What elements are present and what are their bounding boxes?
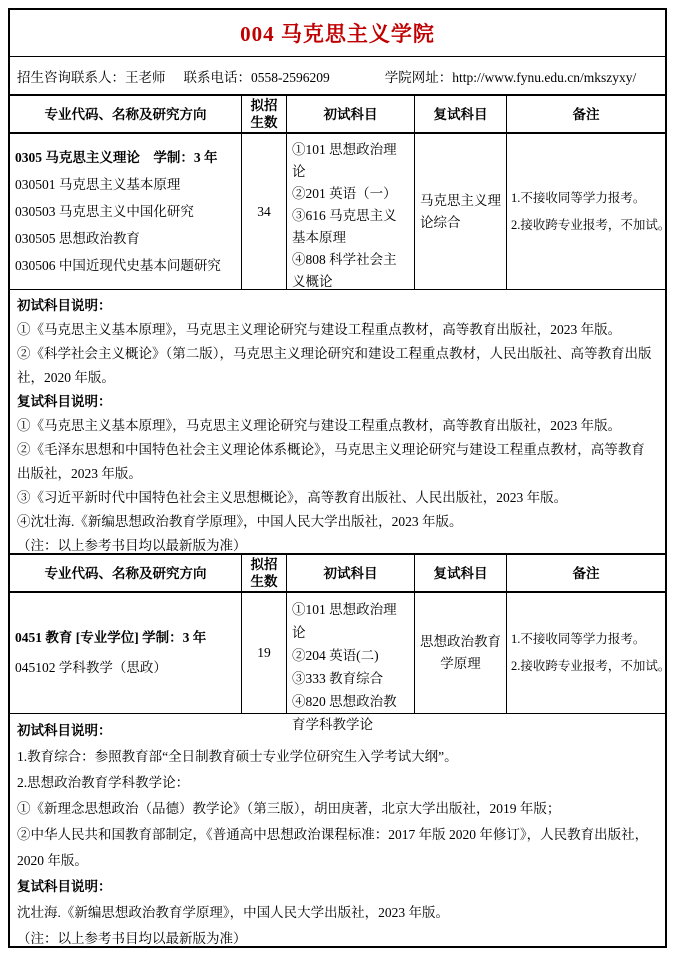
program-cell: 0305 马克思主义理论 学制：3 年 030501 马克思主义基本原理 030… bbox=[10, 134, 242, 289]
initial-subject-item: ③616 马克思主义基本原理 bbox=[292, 205, 409, 249]
note-item: ①《马克思主义基本原理》，马克思主义理论研究与建设工程重点教材，高等教育出版社，… bbox=[17, 318, 658, 342]
note-item: 2.思想政治教育学科教学论： bbox=[17, 770, 658, 796]
retest-subject: 马克思主义理论综合 bbox=[420, 190, 501, 234]
initial-subject-item: ①101 思想政治理论 bbox=[292, 139, 409, 183]
notes-footer: （注：以上参考书目均以最新版为准） bbox=[17, 926, 658, 952]
contact-row: 招生咨询联系人：王老师 联系电话：0558-2596209 学院网址：http:… bbox=[10, 56, 665, 94]
table1-header-retest: 复试科目 bbox=[415, 96, 507, 132]
initial-subjects-cell: ①101 思想政治理论 ②204 英语(二) ③333 教育综合 ④820 思想… bbox=[287, 593, 415, 713]
initial-subject-item: ④820 思想政治教育学科教学论 bbox=[292, 690, 409, 736]
college-title-box: 004 马克思主义学院 bbox=[10, 10, 665, 56]
table1-notes: 初试科目说明： ①《马克思主义基本原理》，马克思主义理论研究与建设工程重点教材，… bbox=[10, 289, 665, 553]
table1-row: 0305 马克思主义理论 学制：3 年 030501 马克思主义基本原理 030… bbox=[10, 134, 665, 289]
direction-item: 045102 学科教学（思政） bbox=[15, 653, 236, 683]
table2-header-quota: 拟招生数 bbox=[242, 555, 287, 591]
table2-header-program: 专业代码、名称及研究方向 bbox=[10, 555, 242, 591]
note-item: 沈壮海.《新编思想政治教育学原理》，中国人民大学出版社，2023 年版。 bbox=[17, 900, 658, 926]
table1-header-row: 专业代码、名称及研究方向 拟招生数 初试科目 复试科目 备注 bbox=[10, 94, 665, 134]
note-item: ①《新理念思想政治（品德）教学论》（第三版），胡田庚著，北京大学出版社，2019… bbox=[17, 796, 658, 822]
note-item: ②《毛泽东思想和中国特色社会主义理论体系概论》，马克思主义理论研究与建设工程重点… bbox=[17, 438, 658, 486]
table2-header-remark: 备注 bbox=[507, 555, 665, 591]
note-item: 1.教育综合：参照教育部“全日制教育硕士专业学位研究生入学考试大纲”。 bbox=[17, 744, 658, 770]
program-title: 0305 马克思主义理论 学制：3 年 bbox=[15, 144, 236, 171]
initial-subject-item: ①101 思想政治理论 bbox=[292, 598, 409, 644]
contact-phone: 联系电话：0558-2596209 bbox=[184, 66, 330, 86]
table2-header-retest: 复试科目 bbox=[415, 555, 507, 591]
initial-notes-label: 初试科目说明： bbox=[17, 294, 658, 318]
initial-subject-item: ④808 科学社会主义概论 bbox=[292, 249, 409, 293]
remark-item: 1.不接收同等学力报考。 bbox=[511, 626, 661, 653]
note-item: ②《科学社会主义概论》（第二版），马克思主义理论研究和建设工程重点教材，人民出版… bbox=[17, 342, 658, 390]
page-title: 004 马克思主义学院 bbox=[240, 18, 435, 48]
remark-item: 2.接收跨专业报考，不加试。 bbox=[511, 212, 661, 239]
table1-header-initial: 初试科目 bbox=[287, 96, 415, 132]
table2-notes: 初试科目说明： 1.教育综合：参照教育部“全日制教育硕士专业学位研究生入学考试大… bbox=[10, 713, 665, 946]
direction-item: 030503 马克思主义中国化研究 bbox=[15, 198, 236, 225]
retest-subject-cell: 马克思主义理论综合 bbox=[415, 134, 507, 289]
table1-header-program: 专业代码、名称及研究方向 bbox=[10, 96, 242, 132]
contact-consultant: 招生咨询联系人：王老师 bbox=[17, 66, 166, 86]
admissions-sheet: 004 马克思主义学院 招生咨询联系人：王老师 联系电话：0558-259620… bbox=[8, 8, 667, 948]
remarks-cell: 1.不接收同等学力报考。 2.接收跨专业报考，不加试。 bbox=[507, 593, 665, 713]
table1-header-remark: 备注 bbox=[507, 96, 665, 132]
contact-website: 学院网址：http://www.fynu.edu.cn/mkszyxy/ bbox=[385, 66, 636, 86]
retest-notes-label: 复试科目说明： bbox=[17, 390, 658, 414]
remark-item: 2.接收跨专业报考，不加试。 bbox=[511, 653, 661, 680]
note-item: ④沈壮海.《新编思想政治教育学原理》，中国人民大学出版社，2023 年版。 bbox=[17, 510, 658, 534]
retest-notes-label: 复试科目说明： bbox=[17, 874, 658, 900]
remark-item: 1.不接收同等学力报考。 bbox=[511, 185, 661, 212]
direction-item: 030505 思想政治教育 bbox=[15, 225, 236, 252]
quota-value: 34 bbox=[242, 134, 287, 289]
table2-header-initial: 初试科目 bbox=[287, 555, 415, 591]
initial-subjects-cell: ①101 思想政治理论 ②201 英语（一） ③616 马克思主义基本原理 ④8… bbox=[287, 134, 415, 289]
program-cell: 0451 教育 [专业学位] 学制：3 年 045102 学科教学（思政） bbox=[10, 593, 242, 713]
quota-value: 19 bbox=[242, 593, 287, 713]
program-title: 0451 教育 [专业学位] 学制：3 年 bbox=[15, 623, 236, 653]
table2-header-row: 专业代码、名称及研究方向 拟招生数 初试科目 复试科目 备注 bbox=[10, 553, 665, 593]
retest-subject-cell: 思想政治教育学原理 bbox=[415, 593, 507, 713]
initial-subject-item: ②201 英语（一） bbox=[292, 183, 409, 205]
initial-subject-item: ③333 教育综合 bbox=[292, 667, 409, 690]
note-item: ②中华人民共和国教育部制定，《普通高中思想政治课程标准：2017 年版 2020… bbox=[17, 822, 658, 874]
initial-subject-item: ②204 英语(二) bbox=[292, 644, 409, 667]
note-item: ③《习近平新时代中国特色社会主义思想概论》，高等教育出版社、人民出版社，2023… bbox=[17, 486, 658, 510]
table1-header-quota: 拟招生数 bbox=[242, 96, 287, 132]
note-item: ①《马克思主义基本原理》，马克思主义理论研究与建设工程重点教材，高等教育出版社，… bbox=[17, 414, 658, 438]
direction-item: 030501 马克思主义基本原理 bbox=[15, 171, 236, 198]
retest-subject: 思想政治教育学原理 bbox=[420, 631, 501, 675]
direction-item: 030506 中国近现代史基本问题研究 bbox=[15, 252, 236, 279]
remarks-cell: 1.不接收同等学力报考。 2.接收跨专业报考，不加试。 bbox=[507, 134, 665, 289]
table2-row: 0451 教育 [专业学位] 学制：3 年 045102 学科教学（思政） 19… bbox=[10, 593, 665, 713]
